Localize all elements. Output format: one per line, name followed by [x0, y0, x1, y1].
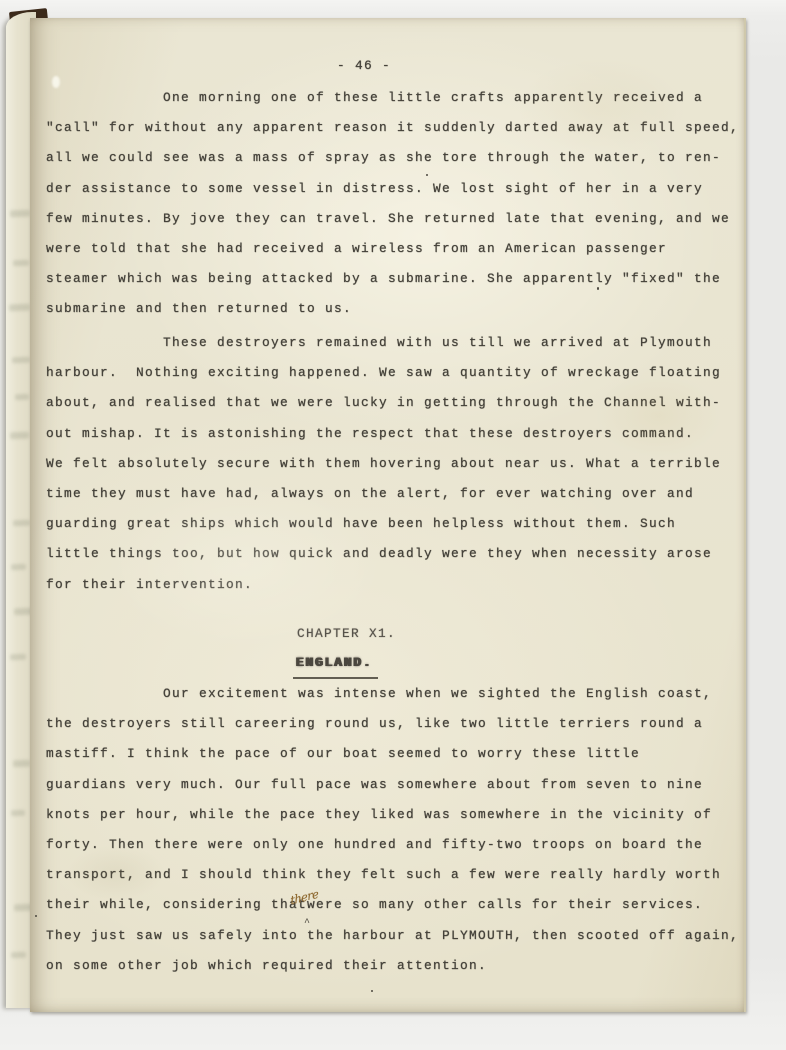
ink-speck — [35, 915, 37, 917]
text-line: mastiff. I think the pace of our boat se… — [46, 739, 739, 769]
text-line: "call" for without any apparent reason i… — [46, 113, 739, 143]
page-number: - 46 - — [337, 51, 391, 81]
text-line: out mishap. It is astonishing the respec… — [46, 419, 721, 449]
text-line: Our excitement was intense when we sight… — [46, 679, 739, 709]
text-line: submarine and then returned to us. — [46, 294, 739, 324]
paragraph-2: These destroyers remained with us till w… — [46, 328, 721, 600]
text-line: We felt absolutely secure with them hove… — [46, 449, 721, 479]
text-line: guardians very much. Our full pace was s… — [46, 770, 739, 800]
bleedthrough-mark — [13, 520, 30, 527]
bleedthrough-mark — [11, 952, 26, 959]
text-line: der assistance to some vessel in distres… — [46, 174, 739, 204]
bleedthrough-mark — [13, 260, 29, 267]
paragraph-3: Our excitement was intense when we sight… — [46, 679, 739, 981]
ink-speck — [371, 990, 373, 992]
bleedthrough-mark — [11, 564, 26, 571]
text-line: knots per hour, while the pace they like… — [46, 800, 739, 830]
text-segment: were so many other calls for their servi… — [307, 897, 703, 912]
ink-speck — [597, 287, 599, 290]
text-line: the destroyers still careering round us,… — [46, 709, 739, 739]
ink-speck — [426, 174, 428, 176]
text-line: They just saw us safely into the harbour… — [46, 921, 739, 951]
text-line: for their intervention. — [46, 570, 721, 600]
chapter-heading: CHAPTER X1. — [297, 619, 396, 649]
text-segment: their while, considering that — [46, 897, 307, 912]
bleedthrough-mark — [10, 432, 29, 440]
text-line: guarding great ships which would have be… — [46, 509, 721, 539]
bleedthrough-mark — [9, 304, 30, 312]
text-line: These destroyers remained with us till w… — [46, 328, 721, 358]
bleedthrough-mark — [10, 210, 30, 218]
chapter-subheading: ENGLAND. — [293, 649, 378, 679]
text-line: One morning one of these little crafts a… — [46, 83, 739, 113]
text-line: transport, and I should think they felt … — [46, 860, 739, 890]
bleedthrough-mark — [11, 810, 25, 816]
bleedthrough-mark — [10, 654, 26, 661]
document-page: - 46 - One morning one of these little c… — [30, 18, 746, 1012]
text-line: were told that she had received a wirele… — [46, 234, 739, 264]
text-line: time they must have had, always on the a… — [46, 479, 721, 509]
text-line: little things too, but how quick and dea… — [46, 539, 721, 569]
text-line: harbour. Nothing exciting happened. We s… — [46, 358, 721, 388]
bleedthrough-mark — [15, 394, 29, 400]
text-line: all we could see was a mass of spray as … — [46, 143, 739, 173]
bleedthrough-mark — [13, 760, 30, 768]
caret-mark: ^ — [304, 919, 310, 929]
paragraph-1: One morning one of these little crafts a… — [46, 83, 739, 325]
text-line: few minutes. By jove they can travel. Sh… — [46, 204, 739, 234]
text-line: on some other job which required their a… — [46, 951, 739, 981]
bleedthrough-mark — [12, 357, 30, 364]
text-line: their while, considering that^therewere … — [46, 890, 739, 920]
text-line: steamer which was being attacked by a su… — [46, 264, 739, 294]
scanned-page-photo: - 46 - One morning one of these little c… — [0, 0, 786, 1050]
text-line: about, and realised that we were lucky i… — [46, 388, 721, 418]
text-line: forty. Then there were only one hundred … — [46, 830, 739, 860]
